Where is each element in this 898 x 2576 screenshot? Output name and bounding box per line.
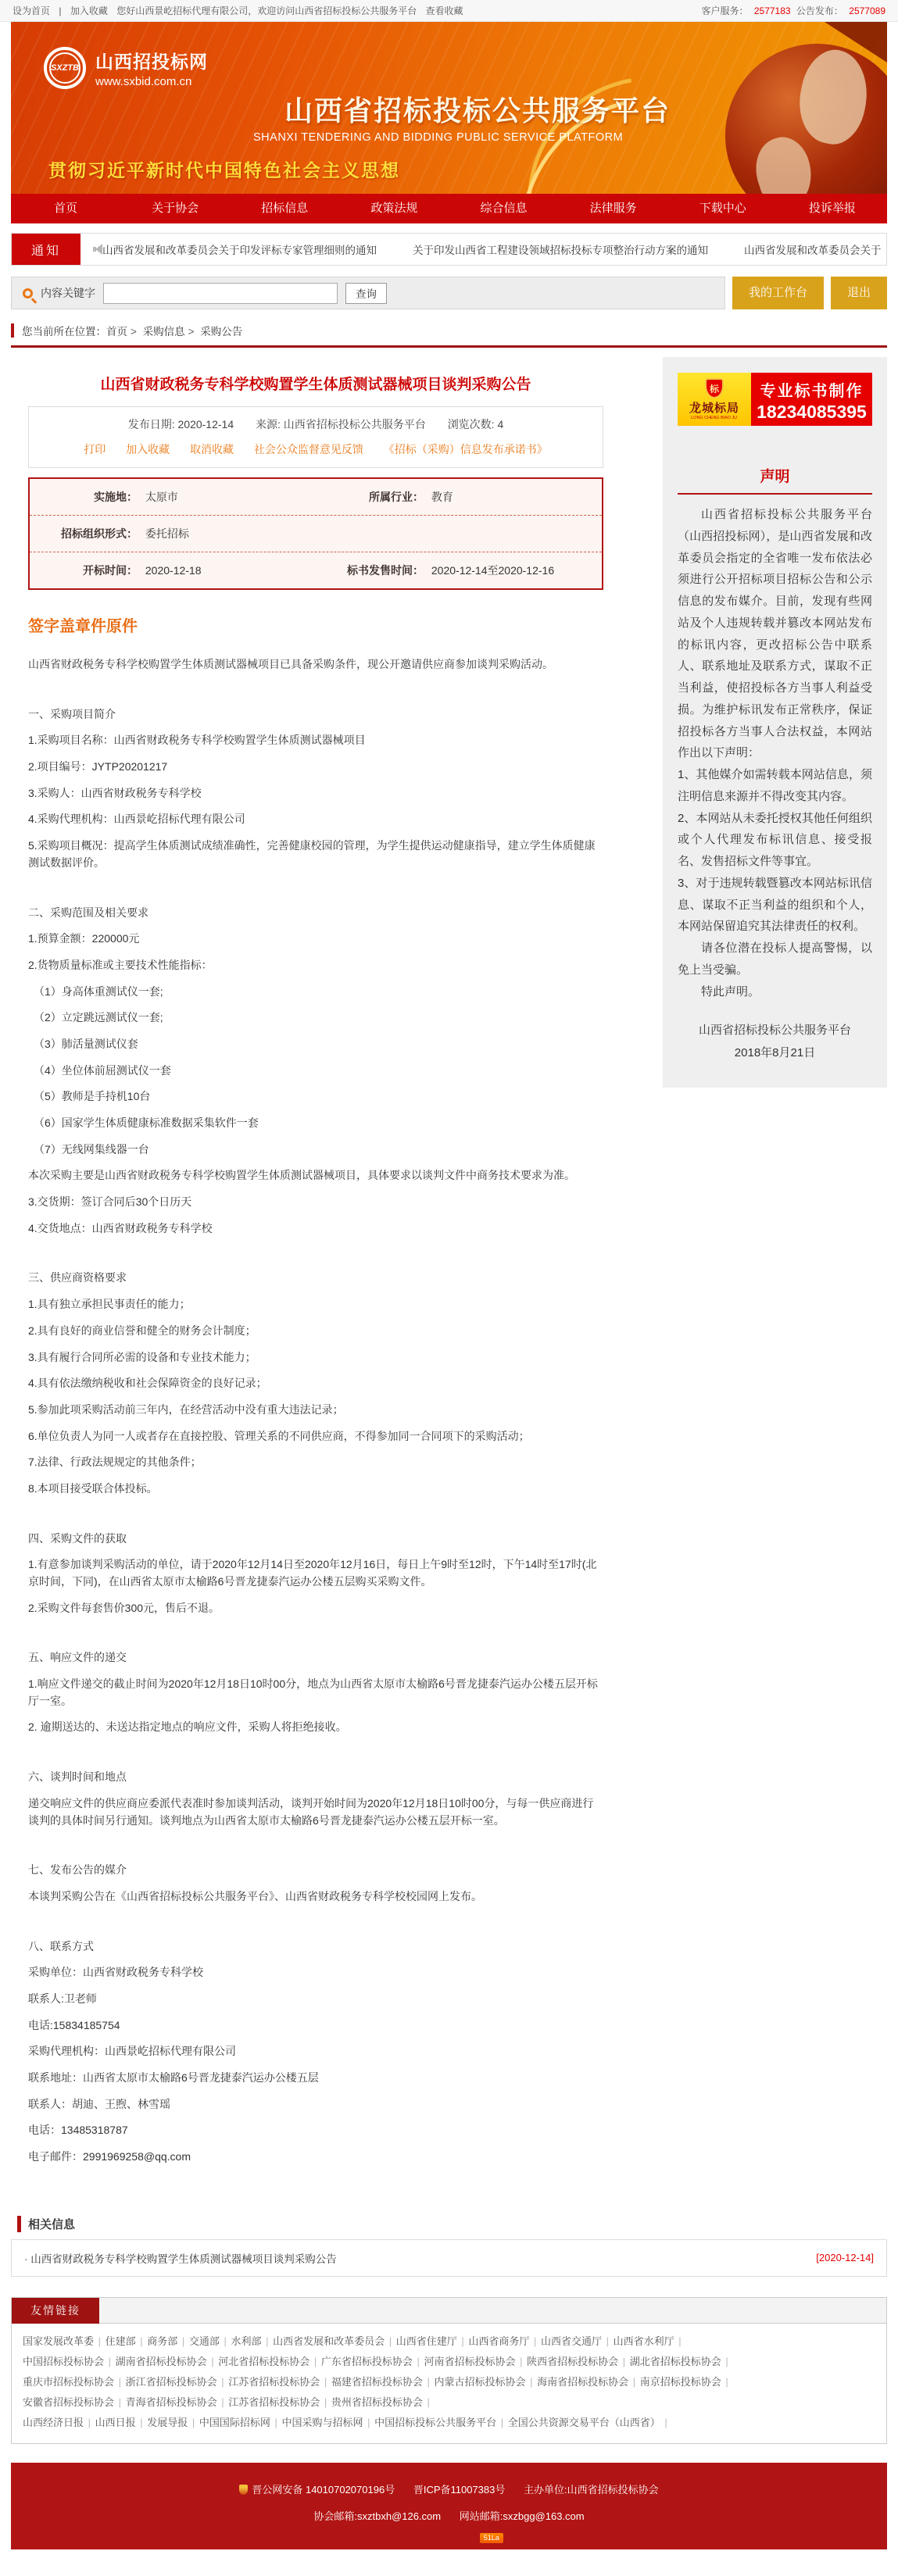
- article-paragraph: （5）教师是手持机10台: [28, 1085, 603, 1109]
- article-paragraph: 电话：13485318787: [28, 2119, 603, 2142]
- table-cell-sale-time: 标书发售时间： 2020-12-14至2020-12-16: [316, 563, 602, 578]
- breadcrumb-link[interactable]: 首页: [106, 323, 127, 338]
- site-email: 网站邮箱:sxzbgg@163.com: [460, 2510, 585, 2522]
- footer-registration-line: 晋公网安备 14010702070196号 晋ICP备11007383号 主办单…: [11, 2481, 887, 2496]
- nav-item: 下载中心: [668, 194, 778, 223]
- article-paragraph: 四、采购文件的获取: [28, 1527, 603, 1551]
- police-badge-icon: [239, 2485, 248, 2495]
- view-favorites-link[interactable]: 查看收藏: [426, 5, 463, 16]
- customer-service-number: 2577183: [754, 5, 791, 16]
- friend-link[interactable]: 内蒙古招标投标协会: [435, 2376, 538, 2388]
- search-box: 内容关键字 查询: [11, 277, 725, 309]
- friend-link[interactable]: 浙江省招标投标协会: [126, 2376, 229, 2388]
- article-paragraph: 2. 逾期送达的、未送达指定地点的响应文件，采购人将拒绝接收。: [28, 1716, 603, 1739]
- sale-time-value: 2020-12-14至2020-12-16: [431, 564, 554, 577]
- nav-link[interactable]: 政策法规: [339, 194, 449, 223]
- article-paragraph: 采购单位：山西省财政税务专科学校: [28, 1961, 603, 1985]
- nav-link[interactable]: 招标信息: [230, 194, 339, 223]
- org-form-label: 招标组织形式：: [30, 526, 138, 541]
- ad-headline: 专业标书制作: [751, 378, 872, 401]
- tender-info-table: 实施地： 太原市 所属行业： 教育 招标组织形式： 委托招标: [28, 477, 603, 590]
- nav-link[interactable]: 综合信息: [449, 194, 559, 223]
- source: 来源: 山西省招标投标公共服务平台: [256, 418, 429, 431]
- friend-link[interactable]: 交通部: [189, 2335, 231, 2347]
- site-banner: SXZTB 山西招投标网 www.sxbid.com.cn 山西省招标投标公共服…: [11, 22, 887, 194]
- friend-links-section: 友情链接 国家发展改革委住建部商务部交通部水利部山西省发展和改革委员会山西省住建…: [11, 2297, 887, 2444]
- nav-item: 政策法规: [339, 194, 449, 223]
- notice-label: 通知: [12, 234, 80, 265]
- logout-button[interactable]: 退出: [831, 277, 887, 309]
- page-title: 山西省财政税务专科学校购置学生体质测试器械项目谈判采购公告: [28, 373, 603, 394]
- friend-link[interactable]: 山西日报: [95, 2417, 148, 2428]
- article-paragraph: 5.采购项目概况：提高学生体质测试成绩准确性，完善健康校园的管理，为学生提供运动…: [28, 834, 603, 874]
- footer-email-line: 协会邮箱:sxztbxh@126.com 网站邮箱:sxzbgg@163.com: [11, 2508, 887, 2523]
- article-action-links: 打印 加入收藏 取消收藏 社会公众监督意见反馈 《招标（采购）信息发布承诺书》: [29, 441, 603, 457]
- top-utility-bar: 设为首页 | 加入收藏 您好山西景屹招标代理有限公司，欢迎访问山西省招标投标公共…: [0, 0, 898, 22]
- visit-counter-badge[interactable]: 51La: [480, 2533, 503, 2543]
- friend-link[interactable]: 陕西省招标投标协会: [527, 2356, 630, 2367]
- statement-paragraph: 3、对于违规转载暨篡改本网站标讯信息、谋取不正当利益的组织和个人，本网站保留追究…: [678, 873, 872, 938]
- nav-link[interactable]: 首页: [11, 194, 120, 223]
- friend-link[interactable]: 广东省招标投标协会: [321, 2356, 424, 2367]
- table-cell-open-time: 开标时间： 2020-12-18: [30, 563, 316, 578]
- ad-phone-number: 18234085395: [751, 402, 872, 423]
- view-count-label: 浏览次数:: [448, 418, 495, 431]
- article-paragraph: 签字盖章件原件: [28, 612, 603, 642]
- table-cell-location: 实施地： 太原市: [30, 489, 316, 505]
- publish-date-value: 2020-12-14: [178, 418, 234, 431]
- source-value: 山西省招标投标公共服务平台: [284, 418, 426, 431]
- main-content: 山西省财政税务专科学校购置学生体质测试器械项目谈判采购公告 发布日期: 2020…: [11, 357, 887, 2195]
- article-paragraph: 六、谈判时间和地点: [28, 1766, 603, 1789]
- friend-links-body: 国家发展改革委住建部商务部交通部水利部山西省发展和改革委员会山西省住建厅山西省商…: [12, 2324, 886, 2443]
- open-time-label: 开标时间：: [30, 563, 138, 578]
- customer-service-label: 客户服务：: [702, 5, 749, 16]
- statement-paragraph: 请各位潜在投标人提高警惕，以免上当受骗。: [678, 938, 872, 981]
- nav-item: 关于协会: [120, 194, 230, 223]
- article-column: 山西省财政税务专科学校购置学生体质测试器械项目谈判采购公告 发布日期: 2020…: [11, 357, 631, 2195]
- related-info-link[interactable]: 山西省财政税务专科学校购置学生体质测试器械项目谈判采购公告: [24, 2250, 337, 2266]
- set-home-link[interactable]: 设为首页: [13, 5, 50, 16]
- article-paragraph: 2.具有良好的商业信誉和健全的财务会计制度；: [28, 1320, 603, 1343]
- article-paragraph: 七、发布公告的媒介: [28, 1859, 603, 1882]
- ad-maker-name: 龙城标局: [689, 399, 739, 416]
- page-footer: 晋公网安备 14010702070196号 晋ICP备11007383号 主办单…: [11, 2463, 887, 2549]
- query-button[interactable]: 查询: [345, 283, 387, 304]
- nav-list: 首页 关于协会 招标信息 政策法规 综合信息 法律服务 下载中心 投诉举报: [11, 194, 887, 223]
- article-paragraph: 2.采购文件每套售价300元，售后不退。: [28, 1597, 603, 1620]
- related-info-date: [2020-12-14]: [816, 2252, 874, 2263]
- article-action-link[interactable]: 取消收藏: [190, 443, 234, 456]
- logo-text: 山西招投标网 www.sxbid.com.cn: [95, 48, 208, 88]
- page-bottom-space: [11, 2549, 887, 2576]
- friend-link[interactable]: 住建部: [106, 2335, 148, 2347]
- ad-banner[interactable]: 标 龙城标局 LONG CHENG BIAO JU 专业标书制作 1823408…: [678, 373, 872, 426]
- statement-paragraph: 2、本网站从未委托授权其他任何组织或个人代理发布标讯信息、接受报名、发售招标文件…: [678, 808, 872, 873]
- statement-title: 声明: [678, 465, 872, 495]
- friend-link[interactable]: 南京招标投标协会: [640, 2376, 730, 2388]
- article-paragraph: 3.采购人：山西省财政税务专科学校: [28, 782, 603, 806]
- statement-date: 2018年8月21日: [678, 1042, 872, 1065]
- search-row: 内容关键字 查询 我的工作台 退出: [11, 277, 887, 309]
- article-paragraph: 本次采购主要是山西省财政税务专科学校购置学生体质测试器械项目，具体要求以谈判文件…: [28, 1164, 603, 1188]
- friend-links-row: 中国招标投标协会湖南省招标投标协会河北省招标投标协会广东省招标投标协会河南省招标…: [23, 2352, 875, 2372]
- article-paragraph: 联系地址：山西省太原市太榆路6号晋龙捷泰汽运办公楼五层: [28, 2067, 603, 2090]
- article-paragraph: 4.交货地点：山西省财政税务专科学校: [28, 1217, 603, 1241]
- topbar-right: 客户服务： 2577183 公告发布： 2577089: [699, 4, 886, 17]
- nav-link[interactable]: 投诉举报: [778, 194, 887, 223]
- notice-link[interactable]: 山西省发展和改革委员会关于印发评标专家管理细则的通知: [102, 241, 377, 257]
- source-label: 来源:: [256, 418, 281, 431]
- view-count: 浏览次数: 4: [448, 418, 504, 431]
- related-info-section: 相关信息 山西省财政税务专科学校购置学生体质测试器械项目谈判采购公告 [2020…: [11, 2216, 887, 2277]
- article-action-link[interactable]: 打印: [84, 443, 106, 456]
- article-paragraph: 电子邮件：2991969258@qq.com: [28, 2145, 603, 2169]
- article-paragraph: 6.单位负责人为同一人或者存在直接控股、管理关系的不同供应商，不得参加同一合同项…: [28, 1425, 603, 1449]
- article-paragraph: 递交响应文件的供应商应委派代表准时参加谈判活动，谈判开始时间为2020年12月1…: [28, 1792, 603, 1832]
- announce-publish-label: 公告发布：: [796, 5, 843, 16]
- speaker-icon: [91, 244, 104, 255]
- article-paragraph: 4.采购代理机构：山西景屹招标代理有限公司: [28, 808, 603, 831]
- article-paragraph: （6）国家学生体质健康标准数据采集软件一套: [28, 1112, 603, 1135]
- search-icon: [23, 288, 33, 298]
- friend-link[interactable]: 山西省交通厅: [541, 2335, 614, 2347]
- welcome-text: 您好山西景屹招标代理有限公司，欢迎访问山西省招标投标公共服务平台: [116, 5, 417, 16]
- breadcrumb: 您当前所在位置： 首页 采购信息 采购公告: [11, 323, 887, 338]
- article-paragraph: 2.货物质量标准或主要技术性能指标：: [28, 954, 603, 977]
- article-paragraph: 二、采购范围及相关要求: [28, 902, 603, 925]
- ad-maker-block: 标 龙城标局 LONG CHENG BIAO JU: [678, 373, 751, 426]
- notice-bar: 通知 山西省发展和改革委员会关于印发评标专家管理细则的通知 关于印发山西省工程建…: [11, 233, 887, 266]
- site-name: 山西招投标网: [95, 48, 208, 73]
- related-info-title: 相关信息: [17, 2216, 887, 2232]
- friend-link[interactable]: 中国采购与招标网: [282, 2417, 375, 2428]
- article-action-link[interactable]: 社会公众监督意见反馈: [254, 443, 363, 456]
- friend-link[interactable]: 山西省发展和改革委员会: [273, 2335, 396, 2347]
- friend-link[interactable]: 全国公共资源交易平台（山西省）: [508, 2417, 669, 2428]
- article-paragraph: 8.本项目接受联合体投标。: [28, 1477, 603, 1501]
- view-count-value: 4: [497, 418, 503, 431]
- publish-date: 发布日期: 2020-12-14: [128, 418, 237, 431]
- nav-item: 综合信息: [449, 194, 559, 223]
- statement-paragraph: 特此声明。: [678, 981, 872, 1003]
- keyword-input[interactable]: [103, 283, 338, 304]
- article-action-link[interactable]: 《招标（采购）信息发布承诺书》: [384, 443, 548, 456]
- article-paragraph: （3）肺活量测试仪套: [28, 1033, 603, 1056]
- article-paragraph: 3.具有履行合同所必需的设备和专业技术能力；: [28, 1346, 603, 1370]
- article-paragraph: 联系人：胡迪、王煦、林雪瑶: [28, 2093, 603, 2117]
- globe-icon: [725, 44, 887, 194]
- logo-ring-icon: SXZTB: [44, 47, 86, 89]
- icp-registration[interactable]: 晋ICP备11007383号: [413, 2484, 506, 2496]
- nav-item: 投诉举报: [778, 194, 887, 223]
- industry-label: 所属行业：: [316, 489, 424, 505]
- statement-paragraph: 山西省招标投标公共服务平台（山西招投标网），是山西省发展和改革委员会指定的全省唯…: [678, 504, 872, 764]
- friend-link[interactable]: 发展导报: [147, 2417, 199, 2428]
- article-paragraph: 1.具有独立承担民事责任的能力；: [28, 1293, 603, 1317]
- friend-link[interactable]: 中国招标投标协会: [23, 2356, 116, 2367]
- friend-link[interactable]: 江苏省招标投标协会: [228, 2376, 331, 2388]
- sidebar: 标 龙城标局 LONG CHENG BIAO JU 专业标书制作 1823408…: [663, 357, 887, 1088]
- breadcrumb-prefix: 您当前所在位置：: [22, 323, 106, 338]
- nav-link[interactable]: 法律服务: [559, 194, 668, 223]
- related-info-item: 山西省财政税务专科学校购置学生体质测试器械项目谈判采购公告 [2020-12-1…: [11, 2239, 887, 2277]
- article-paragraph: 一、采购项目简介: [28, 703, 603, 727]
- ad-shield-icon: 标: [705, 378, 724, 398]
- breadcrumb-link[interactable]: 采购公告: [185, 323, 243, 338]
- friend-link[interactable]: 商务部: [147, 2335, 189, 2347]
- main-navigation: 首页 关于协会 招标信息 政策法规 综合信息 法律服务 下载中心 投诉举报: [11, 194, 887, 223]
- friend-link[interactable]: 河北省招标投标协会: [218, 2356, 321, 2367]
- friend-link[interactable]: 水利部: [231, 2335, 274, 2347]
- topbar-divider: |: [59, 5, 61, 16]
- friend-link[interactable]: 江苏省招标投标协会: [228, 2396, 331, 2408]
- friend-links-row: 国家发展改革委住建部商务部交通部水利部山西省发展和改革委员会山西省住建厅山西省商…: [23, 2331, 875, 2352]
- sale-time-label: 标书发售时间：: [316, 563, 424, 578]
- friend-link[interactable]: 中国招标投标公共服务平台: [374, 2417, 508, 2428]
- table-row: 招标组织形式： 委托招标: [30, 516, 602, 552]
- table-cell-org-form: 招标组织形式： 委托招标: [30, 526, 602, 541]
- table-row: 开标时间： 2020-12-18 标书发售时间： 2020-12-14至2020…: [30, 552, 602, 588]
- section-divider: [11, 345, 887, 348]
- friend-link[interactable]: 青海省招标投标协会: [126, 2396, 229, 2408]
- article-paragraph: 1.预算金额：220000元: [28, 927, 603, 951]
- site-logo[interactable]: SXZTB 山西招投标网 www.sxbid.com.cn: [44, 47, 208, 89]
- org-form-value: 委托招标: [145, 527, 189, 540]
- friend-link[interactable]: 湖南省招标投标协会: [116, 2356, 219, 2367]
- article-body: 签字盖章件原件 山西省财政税务专科学校购置学生体质测试器械项目已具备采购条件，现…: [28, 612, 603, 2169]
- location-value: 太原市: [145, 491, 178, 503]
- keyword-label: 内容关键字: [41, 285, 95, 301]
- article-paragraph: 1.响应文件递交的截止时间为2020年12月18日10时00分，地点为山西省太原…: [28, 1673, 603, 1713]
- friend-link[interactable]: 重庆市招标投标协会: [23, 2376, 126, 2388]
- ad-maker-name-en: LONG CHENG BIAO JU: [692, 416, 738, 420]
- publish-date-label: 发布日期:: [128, 418, 175, 431]
- table-cell-industry: 所属行业： 教育: [316, 489, 602, 505]
- announce-publish-number: 2577089: [849, 5, 885, 16]
- related-info-list: 山西省财政税务专科学校购置学生体质测试器械项目谈判采购公告 [2020-12-1…: [11, 2239, 887, 2277]
- police-registration-text: 晋公网安备 14010702070196号: [252, 2484, 395, 2496]
- notice-link[interactable]: 山西省发展和改革委员会关于: [744, 241, 882, 257]
- friend-link[interactable]: 湖北省招标投标协会: [630, 2356, 730, 2367]
- notice-items: 山西省发展和改革委员会关于印发评标专家管理细则的通知 关于印发山西省工程建设领域…: [102, 234, 882, 265]
- friend-link[interactable]: 海南省招标投标协会: [537, 2376, 640, 2388]
- article-paragraph: 山西省财政税务专科学校购置学生体质测试器械项目已具备采购条件，现公开邀请供应商参…: [28, 653, 603, 677]
- banner-slogan: 贯彻习近平新时代中国特色社会主义思想: [48, 156, 400, 182]
- friend-link[interactable]: 山西省水利厅: [614, 2335, 683, 2347]
- table-row: 实施地： 太原市 所属行业： 教育: [30, 479, 602, 516]
- article-paragraph: 八、联系方式: [28, 1935, 603, 1959]
- open-time-value: 2020-12-18: [145, 564, 202, 577]
- friend-link[interactable]: 山西省住建厅: [396, 2335, 469, 2347]
- site-url: www.sxbid.com.cn: [95, 75, 208, 88]
- friend-link[interactable]: 国家发展改革委: [23, 2335, 106, 2347]
- article-paragraph: 1.有意参加谈判采购活动的单位，请于2020年12月14日至2020年12月16…: [28, 1553, 603, 1593]
- article-paragraph: 5.参加此项采购活动前三年内，在经营活动中没有重大违法记录；: [28, 1399, 603, 1422]
- article-paragraph: 2.项目编号：JYTP20201217: [28, 756, 603, 779]
- platform-title-en: SHANXI TENDERING AND BIDDING PUBLIC SERV…: [253, 131, 623, 144]
- nav-item: 首页: [11, 194, 120, 223]
- nav-item: 招标信息: [230, 194, 339, 223]
- association-email: 协会邮箱:sxztbxh@126.com: [313, 2510, 441, 2522]
- article-paragraph: （7）无线网集线器一台: [28, 1138, 603, 1162]
- friend-link[interactable]: 福建省招标投标协会: [331, 2376, 435, 2388]
- article-paragraph: 三、供应商资格要求: [28, 1267, 603, 1290]
- friend-link[interactable]: 安徽省招标投标协会: [23, 2396, 126, 2408]
- article-paragraph: （4）坐位体前屈测试仪一套: [28, 1059, 603, 1083]
- article-meta-box: 发布日期: 2020-12-14 来源: 山西省招标投标公共服务平台 浏览次数:…: [28, 406, 603, 468]
- friend-link[interactable]: 河南省招标投标协会: [424, 2356, 528, 2367]
- friend-link[interactable]: 贵州省招标投标协会: [331, 2396, 431, 2408]
- article-paragraph: （2）立定跳远测试仪一套;: [28, 1006, 603, 1030]
- article-paragraph: （1）身高体重测试仪一套;: [28, 981, 603, 1004]
- article-paragraph: 联系人:卫老师: [28, 1988, 603, 2011]
- article-paragraph: 3.交货期：签订合同后30个日历天: [28, 1191, 603, 1214]
- statement-signer: 山西省招标投标公共服务平台: [678, 1020, 872, 1042]
- police-registration[interactable]: 晋公网安备 14010702070196号: [239, 2484, 395, 2496]
- statement-body: 山西省招标投标公共服务平台（山西招投标网），是山西省发展和改革委员会指定的全省唯…: [678, 504, 872, 1002]
- article-paragraph: 五、响应文件的递交: [28, 1646, 603, 1670]
- statement-panel: 声明 山西省招标投标公共服务平台（山西招投标网），是山西省发展和改革委员会指定的…: [678, 465, 872, 1064]
- notice-link[interactable]: 关于印发山西省工程建设领域招标投标专项整治行动方案的通知: [413, 241, 708, 257]
- friend-links-header: 友情链接: [12, 2298, 886, 2324]
- nav-item: 法律服务: [559, 194, 668, 223]
- add-favorite-link[interactable]: 加入收藏: [70, 5, 108, 16]
- statement-signature: 山西省招标投标公共服务平台 2018年8月21日: [678, 1020, 872, 1064]
- logo-abbr: SXZTB: [51, 63, 79, 73]
- friend-link[interactable]: 山西省商务厅: [468, 2335, 541, 2347]
- article-paragraph: 采购代理机构：山西景屹招标代理有限公司: [28, 2040, 603, 2063]
- friend-link[interactable]: 中国国际招标网: [199, 2417, 282, 2428]
- friend-links-row: 安徽省招标投标协会青海省招标投标协会江苏省招标投标协会贵州省招标投标协会: [23, 2392, 875, 2413]
- nav-link[interactable]: 关于协会: [120, 194, 230, 223]
- article-paragraph: 4.具有依法缴纳税收和社会保障资金的良好记录；: [28, 1372, 603, 1395]
- friend-link[interactable]: 山西经济日报: [23, 2417, 95, 2428]
- friend-links-row: 重庆市招标投标协会浙江省招标投标协会江苏省招标投标协会福建省招标投标协会内蒙古招…: [23, 2372, 875, 2392]
- nav-link[interactable]: 下载中心: [668, 194, 778, 223]
- article-paragraph: 本谈判采购公告在《山西省招标投标公共服务平台》、山西省财政税务专科学校校园网上发…: [28, 1885, 603, 1909]
- article-meta-line: 发布日期: 2020-12-14 来源: 山西省招标投标公共服务平台 浏览次数:…: [29, 416, 603, 432]
- industry-value: 教育: [431, 491, 453, 503]
- statement-paragraph: 1、其他媒介如需转载本网站信息，须注明信息来源并不得改变其内容。: [678, 764, 872, 808]
- article-action-link[interactable]: 加入收藏: [126, 443, 170, 456]
- ad-text-block: 专业标书制作 18234085395: [751, 373, 872, 426]
- topbar-left: 设为首页 | 加入收藏 您好山西景屹招标代理有限公司，欢迎访问山西省招标投标公共…: [13, 4, 470, 17]
- workbench-button[interactable]: 我的工作台: [732, 277, 824, 309]
- friend-links-tab: 友情链接: [12, 2298, 99, 2324]
- breadcrumb-crumbs: 首页 采购信息 采购公告: [106, 323, 242, 338]
- breadcrumb-link[interactable]: 采购信息: [127, 323, 185, 338]
- location-label: 实施地：: [30, 489, 138, 505]
- article-paragraph: 电话:15834185754: [28, 2014, 603, 2038]
- organizer-text: 主办单位:山西省招标投标协会: [524, 2484, 659, 2496]
- article-paragraph: 7.法律、行政法规规定的其他条件；: [28, 1451, 603, 1474]
- article-paragraph: 1.采购项目名称：山西省财政税务专科学校购置学生体质测试器械项目: [28, 729, 603, 752]
- platform-title: 山西省招标投标公共服务平台: [284, 89, 671, 129]
- friend-links-row: 山西经济日报山西日报发展导报中国国际招标网中国采购与招标网中国招标投标公共服务平…: [23, 2413, 875, 2433]
